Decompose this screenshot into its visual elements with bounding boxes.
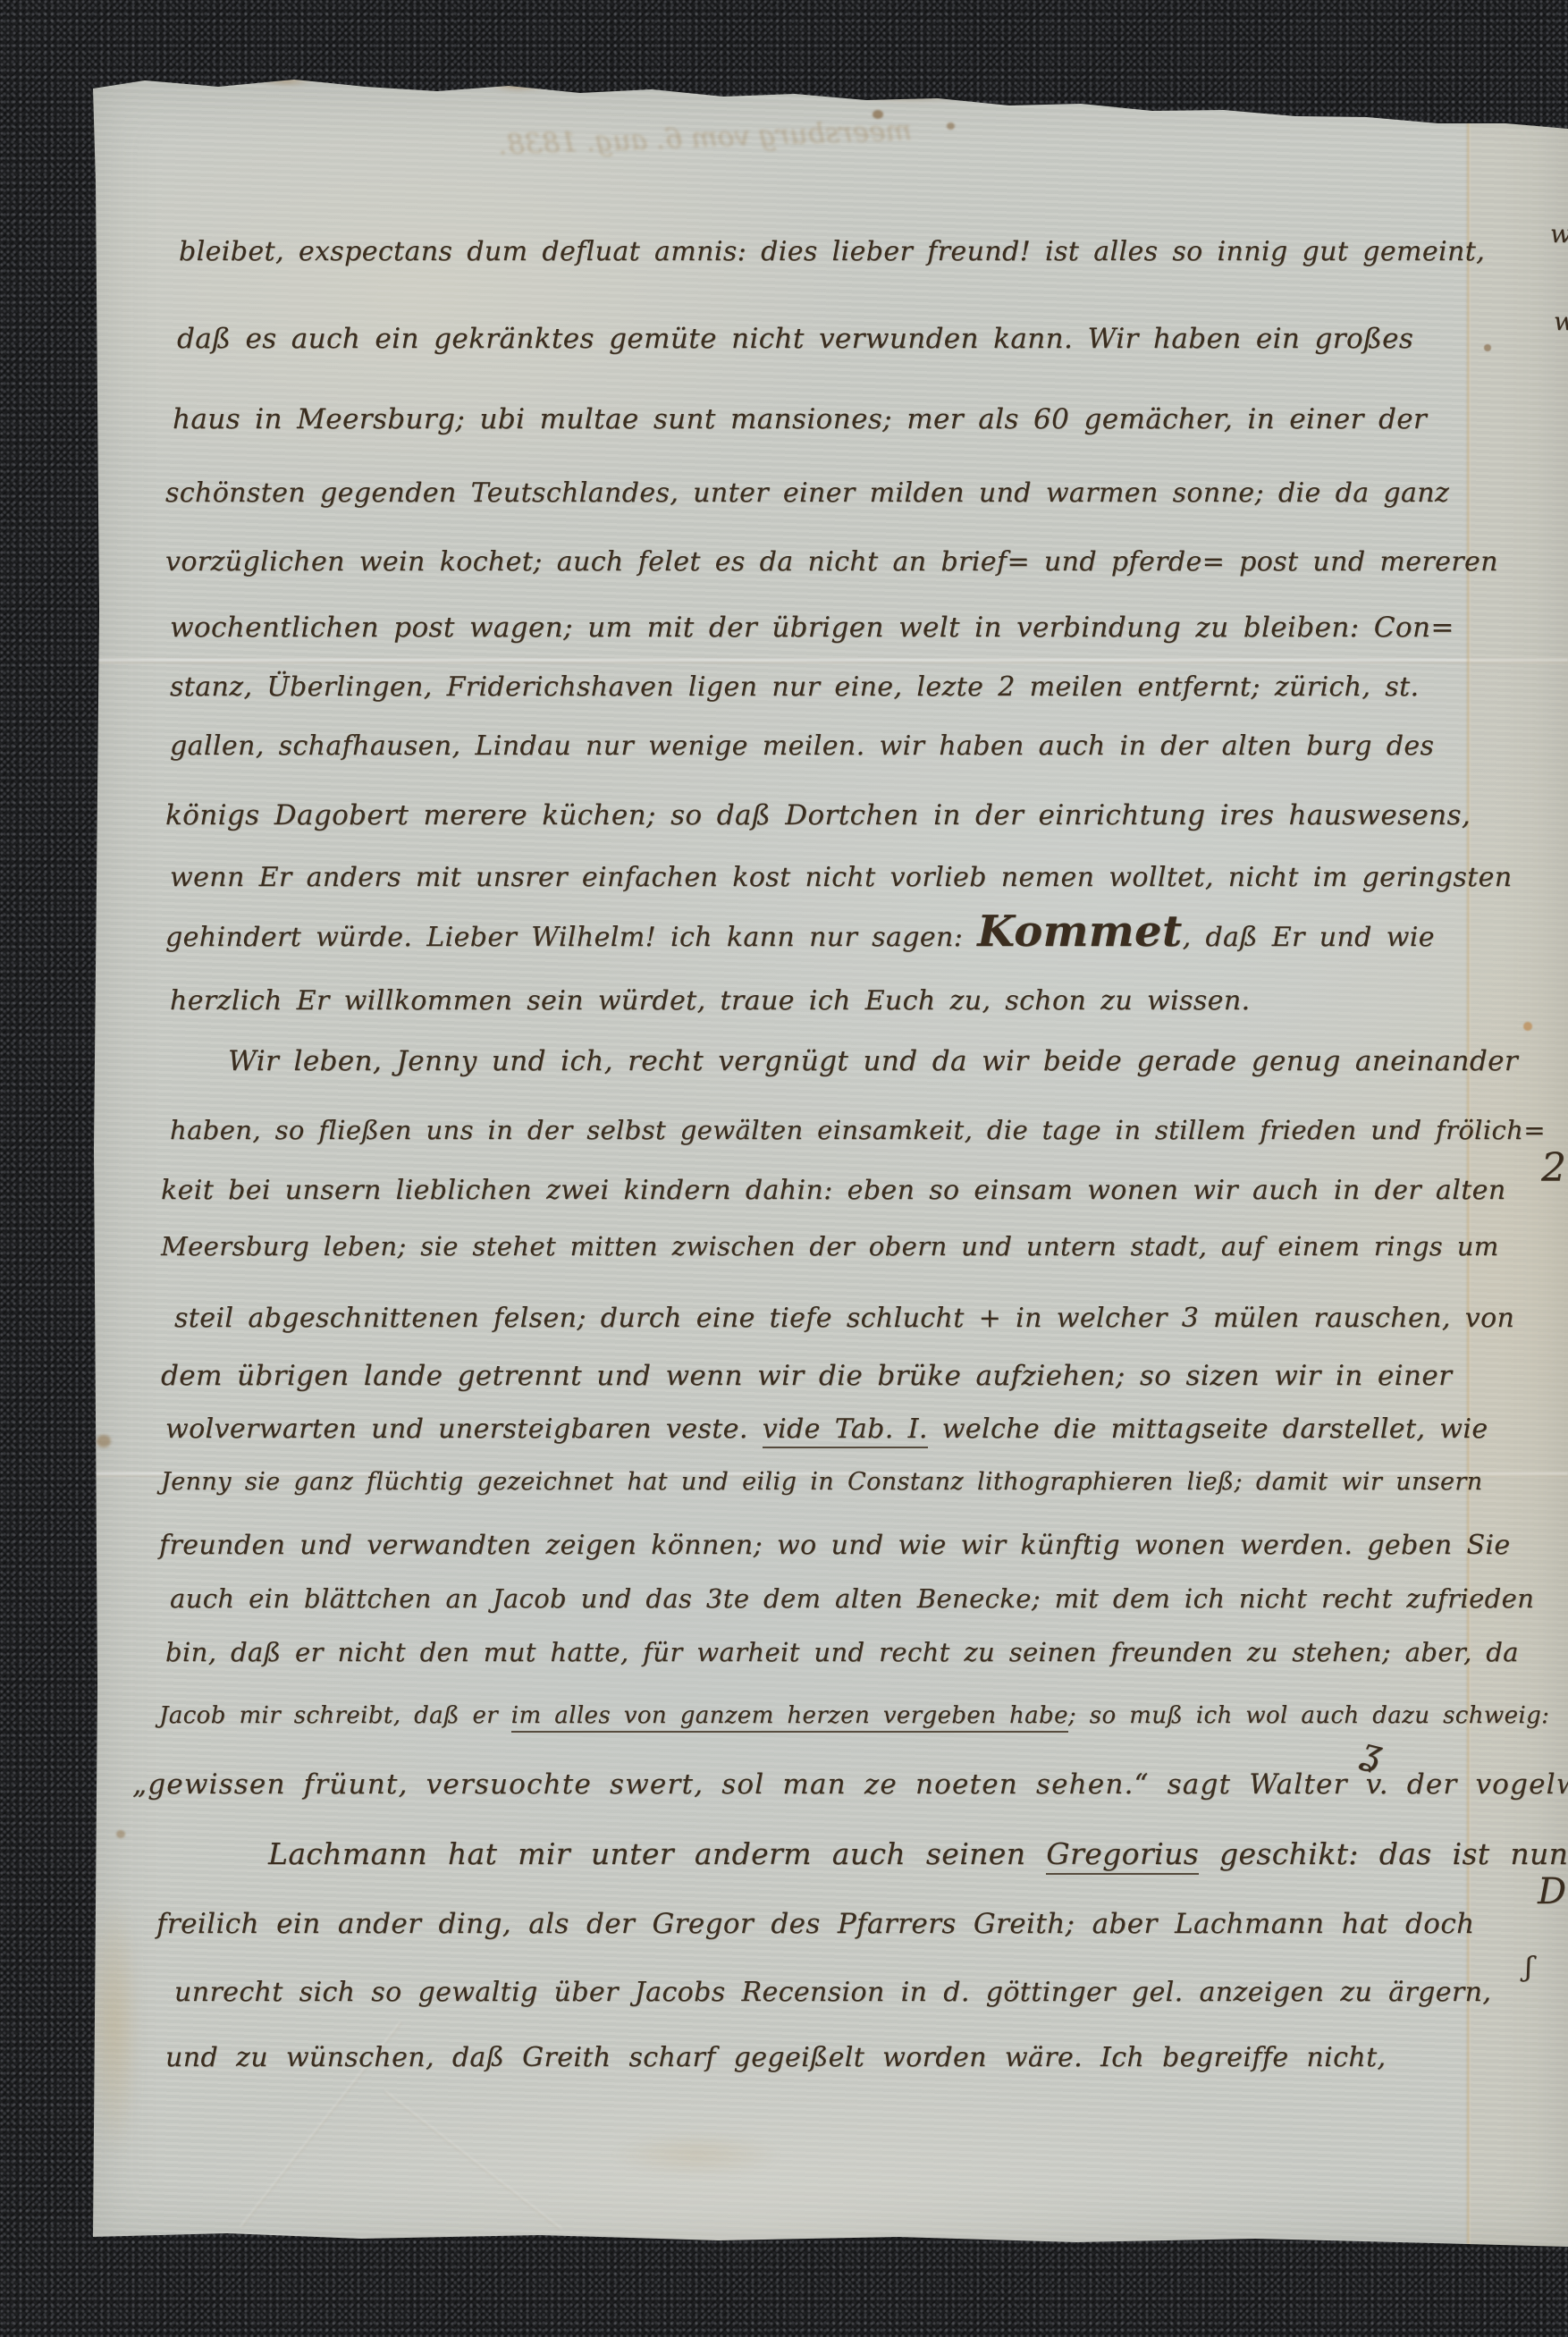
letter-line: wolverwarten und unersteigbaren veste. v…	[165, 1413, 1488, 1445]
letter-line-text: haus in Meersburg; ubi multae sunt mansi…	[173, 403, 1427, 435]
edge-tan-patch	[88, 1891, 141, 2159]
letter-line: Jacob mir schreibt, daß er im alles von …	[159, 1702, 1549, 1729]
letter-line-text: welche die mittagseite darstellet, wie	[928, 1413, 1488, 1445]
letter-line-text: vorzüglichen wein kochet; auch felet es …	[165, 546, 1498, 578]
underlined-reference: vide Tab. I.	[763, 1413, 928, 1448]
letter-line: freunden und verwandten zeigen können; w…	[159, 1530, 1511, 1561]
letter-line-text: bleibet, exspectans dum defluat amnis: d…	[179, 236, 1485, 267]
letter-line: steil abgeschnittenen felsen; durch eine…	[174, 1303, 1514, 1334]
letter-line: unrecht sich so gewaltig über Jacobs Rec…	[174, 1977, 1491, 2008]
letter-line-text: und zu wünschen, daß Greith scharf gegei…	[165, 2042, 1386, 2073]
letter-line: wochentlichen post wagen; um mit der übr…	[170, 612, 1454, 644]
letter-line: gehindert würde. Lieber Wilhelm! ich kan…	[165, 922, 1435, 953]
letter-line-text: unrecht sich so gewaltig über Jacobs Rec…	[174, 1977, 1491, 2008]
letter-line-text: Wir leben, Jenny und ich, recht vergnügt…	[228, 1045, 1518, 1077]
letter-line: stanz, Überlingen, Friderichshaven ligen…	[170, 671, 1419, 703]
stain-dot	[947, 122, 955, 130]
foxing-dot	[97, 1435, 111, 1447]
letter-line: auch ein blättchen an Jacob und das 3te …	[170, 1583, 1534, 1614]
letter-line-text: stanz, Überlingen, Friderichshaven ligen…	[170, 671, 1419, 703]
letter-line-text: auch ein blättchen an Jacob und das 3te …	[170, 1583, 1534, 1614]
letter-line-text: schönsten gegenden Teutschlandes, unter …	[165, 477, 1449, 509]
letter-line: Jenny sie ganz flüchtig gezeichnet hat u…	[161, 1468, 1483, 1496]
letter-line: Meersburg leben; sie stehet mitten zwisc…	[161, 1231, 1499, 1261]
letter-line: herzlich Er willkommen sein würdet, trau…	[170, 985, 1251, 1017]
letter-line-text: daß es auch ein gekränktes gemüte nicht …	[177, 323, 1413, 355]
letter-line-text: Meersburg leben; sie stehet mitten zwisc…	[161, 1231, 1499, 1261]
edge-ink-mark: w	[1554, 307, 1568, 336]
letter-page: meersburg vom 6. aug. 1838. bleibet, exs…	[93, 76, 1568, 2248]
letter-line: schönsten gegenden Teutschlandes, unter …	[165, 477, 1449, 509]
letter-line-text: gallen, schafhausen, Lindau nur wenige m…	[170, 730, 1434, 762]
letter-line: freilich ein ander ding, als der Gregor …	[156, 1908, 1474, 1940]
letter-line: königs Dagobert merere küchen; so daß Do…	[165, 799, 1471, 831]
letter-line-text: gehindert würde. Lieber Wilhelm! ich kan…	[165, 922, 977, 953]
letter-line-text: dem übrigen lande getrennt und wenn wir …	[161, 1360, 1452, 1392]
letter-line-text: „gewissen früunt, versuochte swert, sol …	[132, 1768, 1568, 1801]
letter-line-text: steil abgeschnittenen felsen; durch eine…	[174, 1303, 1514, 1334]
letter-line-text: wenn Er anders mit unsrer einfachen kost…	[170, 862, 1513, 893]
underlined-phrase: im alles von ganzem herzen vergeben habe	[511, 1702, 1068, 1733]
edge-ink-mark: D	[1538, 1871, 1566, 1912]
letter-line: und zu wünschen, daß Greith scharf gegei…	[165, 2042, 1386, 2073]
letter-line-text: freunden und verwandten zeigen können; w…	[159, 1530, 1511, 1561]
letter-line-text: wochentlichen post wagen; um mit der übr…	[170, 612, 1454, 644]
letter-line-text: Jenny sie ganz flüchtig gezeichnet hat u…	[161, 1468, 1483, 1496]
foxing-dot	[1484, 344, 1491, 351]
letter-line-text: haben, so fließen uns in der selbst gewä…	[170, 1115, 1546, 1145]
quotation-line: „gewissen früunt, versuochte swert, sol …	[132, 1768, 1568, 1801]
edge-ink-mark: 2	[1541, 1145, 1566, 1191]
letter-line-text: Lachmann hat mir unter anderm auch seine…	[268, 1836, 1046, 1871]
letter-line: Wir leben, Jenny und ich, recht vergnügt…	[228, 1045, 1518, 1077]
letter-line-text: königs Dagobert merere küchen; so daß Do…	[165, 799, 1471, 831]
letter-line: dem übrigen lande getrennt und wenn wir …	[161, 1360, 1452, 1392]
letter-line: bleibet, exspectans dum defluat amnis: d…	[179, 236, 1485, 267]
foxing-dot	[1523, 1022, 1532, 1031]
emphasized-word: Kommet	[977, 907, 1182, 957]
underlined-title: Gregorius	[1046, 1836, 1199, 1875]
letter-line-text: freilich ein ander ding, als der Gregor …	[156, 1908, 1474, 1940]
letter-line: vorzüglichen wein kochet; auch felet es …	[165, 546, 1498, 578]
letter-line: gallen, schafhausen, Lindau nur wenige m…	[170, 730, 1434, 762]
bleedthrough-inscription: meersburg vom 6. aug. 1838.	[304, 114, 913, 168]
letter-line-text: bin, daß er nicht den mut hatte, für war…	[165, 1637, 1519, 1667]
letter-line: bin, daß er nicht den mut hatte, für war…	[165, 1637, 1519, 1667]
edge-ink-mark: w	[1550, 219, 1568, 249]
letter-line-text: geschikt: das ist nun	[1199, 1836, 1568, 1871]
letter-line: haus in Meersburg; ubi multae sunt mansi…	[173, 403, 1427, 435]
letter-line-text: ; so muß ich wol auch dazu schweig:	[1068, 1702, 1549, 1729]
letter-line: daß es auch ein gekränktes gemüte nicht …	[177, 323, 1413, 355]
foxing-dot	[116, 1830, 125, 1838]
letter-line-text: herzlich Er willkommen sein würdet, trau…	[170, 985, 1251, 1017]
letter-line: haben, so fließen uns in der selbst gewä…	[170, 1115, 1546, 1145]
letter-line-text: , daß Er und wie	[1183, 922, 1435, 953]
edge-ink-mark: ʃ	[1525, 1952, 1532, 1983]
letter-line: Lachmann hat mir unter anderm auch seine…	[268, 1836, 1568, 1871]
letter-line: keit bei unsern lieblichen zwei kindern …	[161, 1175, 1506, 1206]
letter-line-text: keit bei unsern lieblichen zwei kindern …	[161, 1175, 1506, 1206]
letter-line-text: wolverwarten und unersteigbaren veste.	[165, 1413, 763, 1445]
letter-line-text: Jacob mir schreibt, daß er	[159, 1702, 511, 1729]
stain-spot	[611, 2132, 781, 2177]
corner-crease	[384, 2090, 562, 2230]
letter-line: wenn Er anders mit unsrer einfachen kost…	[170, 862, 1513, 893]
fold-crease-horizontal-upper	[93, 657, 1568, 663]
